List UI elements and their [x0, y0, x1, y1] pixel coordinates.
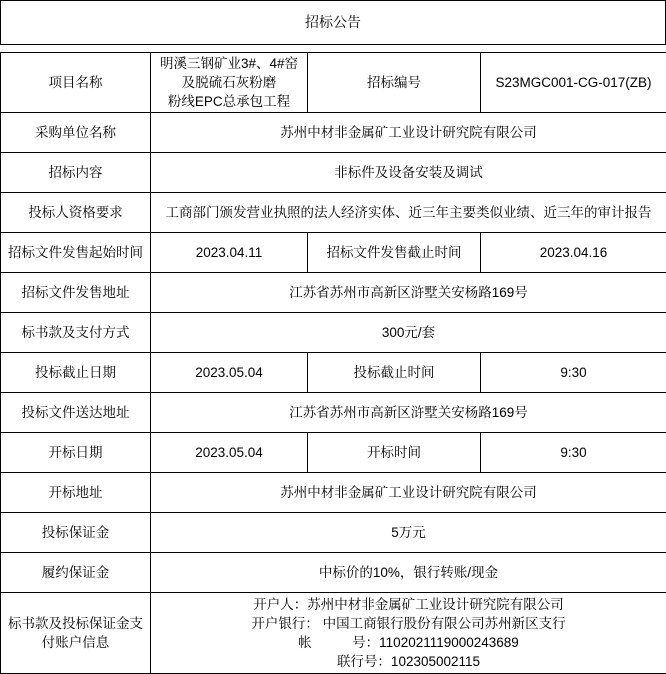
row-qualification: 投标人资格要求 工商部门颁发营业执照的法人经济实体、近三年主要类似业绩、近三年的…	[1, 193, 666, 233]
sale-start-value: 2023.04.11	[151, 233, 308, 273]
performance-bond-value: 中标价的10%，银行转账/现金	[151, 553, 666, 593]
title-row: 招标公告	[1, 1, 666, 45]
opening-time-value: 9:30	[481, 433, 666, 473]
row-opening-date: 开标日期 2023.05.04 开标时间 9:30	[1, 433, 666, 473]
tender-content-label: 招标内容	[1, 153, 151, 193]
page-title: 招标公告	[1, 1, 666, 45]
opening-time-label: 开标时间	[308, 433, 481, 473]
sale-end-label: 招标文件发售截止时间	[308, 233, 481, 273]
row-bid-deadline: 投标截止日期 2023.05.04 投标截止时间 9:30	[1, 353, 666, 393]
row-sale-address: 招标文件发售地址 江苏省苏州市高新区浒墅关安杨路169号	[1, 273, 666, 313]
payment-account-label: 标书款及投标保证金支 付账户信息	[1, 593, 151, 674]
title-table: 招标公告	[0, 0, 666, 45]
bid-deadline-time-label: 投标截止时间	[308, 353, 481, 393]
row-opening-address: 开标地址 苏州中材非金属矿工业设计研究院有限公司	[1, 473, 666, 513]
qualification-label: 投标人资格要求	[1, 193, 151, 233]
tender-info-table: 项目名称 明溪三钢矿业3#、4#窑 及脱硫石灰粉磨 粉线EPC总承包工程 招标编…	[0, 52, 666, 674]
doc-fee-label: 标书款及支付方式	[1, 313, 151, 353]
purchaser-value: 苏州中材非金属矿工业设计研究院有限公司	[151, 113, 666, 153]
row-tender-content: 招标内容 非标件及设备安装及调试	[1, 153, 666, 193]
tender-content-value: 非标件及设备安装及调试	[151, 153, 666, 193]
bid-deadline-date-value: 2023.05.04	[151, 353, 308, 393]
project-name-label: 项目名称	[1, 53, 151, 113]
sale-end-value: 2023.04.16	[481, 233, 666, 273]
row-bid-bond: 投标保证金 5万元	[1, 513, 666, 553]
tender-number-value: S23MGC001-CG-017(ZB)	[481, 53, 666, 113]
bid-bond-value: 5万元	[151, 513, 666, 553]
row-doc-fee: 标书款及支付方式 300元/套	[1, 313, 666, 353]
tender-number-label: 招标编号	[308, 53, 481, 113]
row-payment-account: 标书款及投标保证金支 付账户信息 开户人：苏州中材非金属矿工业设计研究院有限公司…	[1, 593, 666, 674]
project-name-value: 明溪三钢矿业3#、4#窑 及脱硫石灰粉磨 粉线EPC总承包工程	[151, 53, 308, 113]
tender-announcement-document: 招标公告 项目名称 明溪三钢矿业3#、4#窑 及脱硫石灰粉磨 粉线EPC总承包工…	[0, 0, 666, 674]
row-delivery-address: 投标文件送达地址 江苏省苏州市高新区浒墅关安杨路169号	[1, 393, 666, 433]
delivery-address-value: 江苏省苏州市高新区浒墅关安杨路169号	[151, 393, 666, 433]
opening-date-value: 2023.05.04	[151, 433, 308, 473]
qualification-value: 工商部门颁发营业执照的法人经济实体、近三年主要类似业绩、近三年的审计报告	[151, 193, 666, 233]
row-purchaser: 采购单位名称 苏州中材非金属矿工业设计研究院有限公司	[1, 113, 666, 153]
performance-bond-label: 履约保证金	[1, 553, 151, 593]
doc-fee-value: 300元/套	[151, 313, 666, 353]
sale-address-value: 江苏省苏州市高新区浒墅关安杨路169号	[151, 273, 666, 313]
bid-deadline-date-label: 投标截止日期	[1, 353, 151, 393]
sale-address-label: 招标文件发售地址	[1, 273, 151, 313]
opening-address-label: 开标地址	[1, 473, 151, 513]
bid-bond-label: 投标保证金	[1, 513, 151, 553]
sale-start-label: 招标文件发售起始时间	[1, 233, 151, 273]
opening-date-label: 开标日期	[1, 433, 151, 473]
row-sale-time: 招标文件发售起始时间 2023.04.11 招标文件发售截止时间 2023.04…	[1, 233, 666, 273]
row-performance-bond: 履约保证金 中标价的10%，银行转账/现金	[1, 553, 666, 593]
row-project-name: 项目名称 明溪三钢矿业3#、4#窑 及脱硫石灰粉磨 粉线EPC总承包工程 招标编…	[1, 53, 666, 113]
payment-account-value: 开户人：苏州中材非金属矿工业设计研究院有限公司 开户银行： 中国工商银行股份有限…	[151, 593, 666, 674]
purchaser-label: 采购单位名称	[1, 113, 151, 153]
opening-address-value: 苏州中材非金属矿工业设计研究院有限公司	[151, 473, 666, 513]
delivery-address-label: 投标文件送达地址	[1, 393, 151, 433]
bid-deadline-time-value: 9:30	[481, 353, 666, 393]
